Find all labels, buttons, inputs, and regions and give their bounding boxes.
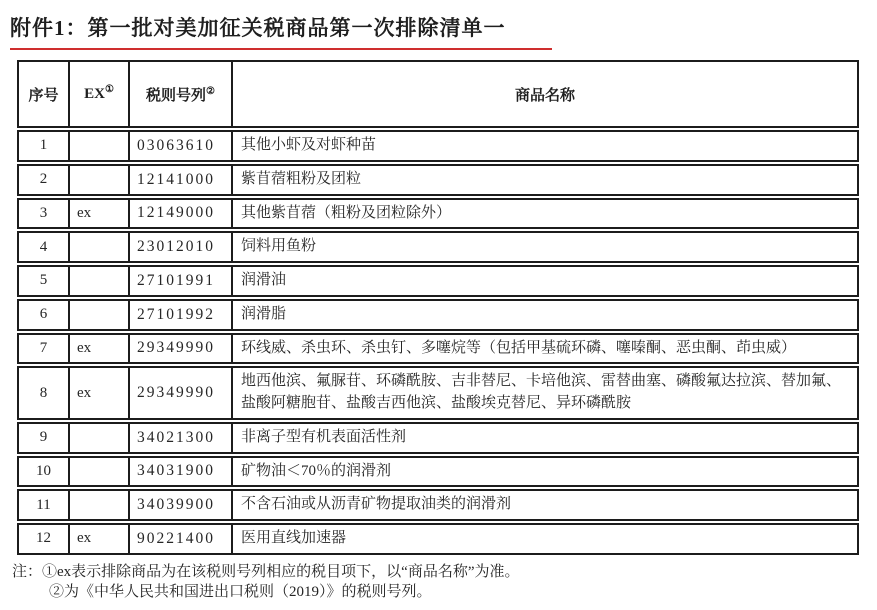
serial-number-cell: 7 bbox=[17, 333, 69, 365]
table-row: 1134039900不含石油或从沥青矿物提取油类的润滑剂 bbox=[17, 489, 859, 521]
note-1-text: ①ex表示排除商品为在该税则号列相应的税目项下，以“商品名称”为准。 bbox=[42, 564, 519, 580]
serial-number-cell: 10 bbox=[17, 456, 69, 488]
ex-flag-cell: ex bbox=[69, 366, 129, 420]
ex-flag-cell: ex bbox=[69, 523, 129, 555]
table-row: 7ex29349990环线威、杀虫环、杀虫钉、多噻烷等（包括甲基硫环磷、噻嗪酮、… bbox=[17, 333, 859, 365]
header-ex: EX① bbox=[69, 60, 129, 128]
note-line-1: 注：①ex表示排除商品为在该税则号列相应的税目项下，以“商品名称”为准。 bbox=[12, 562, 863, 582]
serial-number-cell: 12 bbox=[17, 523, 69, 555]
header-ex-label: EX bbox=[84, 86, 105, 102]
ex-flag-cell: ex bbox=[69, 333, 129, 365]
table-row: 12ex90221400医用直线加速器 bbox=[17, 523, 859, 555]
tariff-code-cell: 34039900 bbox=[129, 489, 232, 521]
header-tariff-code-superscript: ② bbox=[206, 86, 215, 97]
document-page: 附件1：第一批对美加征关税商品第一次排除清单一 序号 EX① 税则号列② 商品名… bbox=[0, 0, 877, 610]
table-row: 934021300非离子型有机表面活性剂 bbox=[17, 422, 859, 454]
table-header-row: 序号 EX① 税则号列② 商品名称 bbox=[17, 60, 859, 128]
serial-number-cell: 9 bbox=[17, 422, 69, 454]
table-row: 3ex12149000其他紫苜蓿（粗粉及团粒除外） bbox=[17, 198, 859, 230]
product-name-cell: 其他紫苜蓿（粗粉及团粒除外） bbox=[232, 198, 859, 230]
serial-number-cell: 5 bbox=[17, 265, 69, 297]
serial-number-cell: 8 bbox=[17, 366, 69, 420]
product-name-cell: 医用直线加速器 bbox=[232, 523, 859, 555]
tariff-code-cell: 12141000 bbox=[129, 164, 232, 196]
header-product-name: 商品名称 bbox=[232, 60, 859, 128]
header-tariff-code: 税则号列② bbox=[129, 60, 232, 128]
header-ex-superscript: ① bbox=[105, 84, 114, 95]
note-line-2: ②为《中华人民共和国进出口税则（2019）》的税则号列。 bbox=[12, 582, 863, 602]
header-serial-number: 序号 bbox=[17, 60, 69, 128]
tariff-code-cell: 03063610 bbox=[129, 130, 232, 162]
table-row: 627101992润滑脂 bbox=[17, 299, 859, 331]
tariff-code-cell: 23012010 bbox=[129, 231, 232, 263]
ex-flag-cell: ex bbox=[69, 198, 129, 230]
ex-flag-cell bbox=[69, 130, 129, 162]
ex-flag-cell bbox=[69, 489, 129, 521]
ex-flag-cell bbox=[69, 231, 129, 263]
header-serial-number-label: 序号 bbox=[28, 88, 58, 104]
product-name-cell: 其他小虾及对虾种苗 bbox=[232, 130, 859, 162]
ex-flag-cell bbox=[69, 164, 129, 196]
header-tariff-code-label: 税则号列 bbox=[146, 88, 206, 104]
notes-block: 注：①ex表示排除商品为在该税则号列相应的税目项下，以“商品名称”为准。 ②为《… bbox=[12, 562, 863, 603]
tariff-code-cell: 27101992 bbox=[129, 299, 232, 331]
table-body: 103063610其他小虾及对虾种苗212141000紫苜蓿粗粉及团粒3ex12… bbox=[17, 130, 859, 555]
serial-number-cell: 4 bbox=[17, 231, 69, 263]
page-title: 附件1：第一批对美加征关税商品第一次排除清单一 bbox=[10, 16, 506, 40]
ex-flag-cell bbox=[69, 456, 129, 488]
serial-number-cell: 11 bbox=[17, 489, 69, 521]
product-name-cell: 饲料用鱼粉 bbox=[232, 231, 859, 263]
product-name-cell: 地西他滨、氟脲苷、环磷酰胺、吉非替尼、卡培他滨、雷替曲塞、磷酸氟达拉滨、替加氟、… bbox=[232, 366, 859, 420]
tariff-code-cell: 12149000 bbox=[129, 198, 232, 230]
product-name-cell: 环线威、杀虫环、杀虫钉、多噻烷等（包括甲基硫环磷、噻嗪酮、恶虫酮、茚虫威） bbox=[232, 333, 859, 365]
tariff-code-cell: 90221400 bbox=[129, 523, 232, 555]
product-name-cell: 非离子型有机表面活性剂 bbox=[232, 422, 859, 454]
product-name-cell: 不含石油或从沥青矿物提取油类的润滑剂 bbox=[232, 489, 859, 521]
product-name-cell: 润滑油 bbox=[232, 265, 859, 297]
ex-flag-cell bbox=[69, 422, 129, 454]
serial-number-cell: 3 bbox=[17, 198, 69, 230]
tariff-code-cell: 29349990 bbox=[129, 333, 232, 365]
table-row: 103063610其他小虾及对虾种苗 bbox=[17, 130, 859, 162]
tariff-code-cell: 27101991 bbox=[129, 265, 232, 297]
product-name-cell: 紫苜蓿粗粉及团粒 bbox=[232, 164, 859, 196]
note-prefix: 注： bbox=[12, 564, 42, 580]
title-block: 附件1：第一批对美加征关税商品第一次排除清单一 bbox=[10, 10, 552, 50]
header-product-name-label: 商品名称 bbox=[515, 88, 575, 104]
tariff-code-cell: 34031900 bbox=[129, 456, 232, 488]
exclusion-list-table: 序号 EX① 税则号列② 商品名称 103063610其他小虾及对虾种苗2121… bbox=[17, 58, 859, 557]
product-name-cell: 润滑脂 bbox=[232, 299, 859, 331]
ex-flag-cell bbox=[69, 265, 129, 297]
ex-flag-cell bbox=[69, 299, 129, 331]
tariff-code-cell: 34021300 bbox=[129, 422, 232, 454]
table-row: 1034031900矿物油＜70％的润滑剂 bbox=[17, 456, 859, 488]
serial-number-cell: 2 bbox=[17, 164, 69, 196]
table-row: 527101991润滑油 bbox=[17, 265, 859, 297]
product-name-cell: 矿物油＜70％的润滑剂 bbox=[232, 456, 859, 488]
table-row: 8ex29349990地西他滨、氟脲苷、环磷酰胺、吉非替尼、卡培他滨、雷替曲塞、… bbox=[17, 366, 859, 420]
table-row: 423012010饲料用鱼粉 bbox=[17, 231, 859, 263]
tariff-code-cell: 29349990 bbox=[129, 366, 232, 420]
table-row: 212141000紫苜蓿粗粉及团粒 bbox=[17, 164, 859, 196]
serial-number-cell: 6 bbox=[17, 299, 69, 331]
serial-number-cell: 1 bbox=[17, 130, 69, 162]
